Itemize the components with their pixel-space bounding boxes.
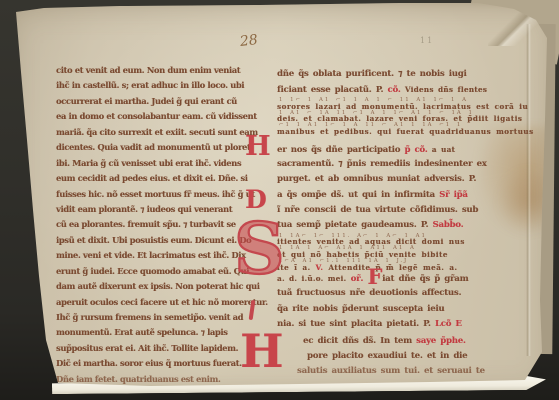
chant-line: 1 1⌐ 1 A1 ⌐1 1 A 1 ⌐ 11 A1 1⌐ 1 A sorore… [277,97,525,110]
text-line: cito et venit ad eum. Non dum enim venia… [56,63,260,78]
text-line: ihc̃ in castellũ. s; erat adhuc in illo … [56,78,260,93]
line-text: salutis auxiliatus sum tui. et seruaui t… [297,366,485,376]
line-text: tua semp̃ pietate gaudeamus. P. [277,220,433,230]
chant-line: 1 1A 1 A⌐ A1A 1 A11 A1 A et qui nõ habet… [277,246,525,259]
text-line: fuisses hic. nõ esset mortuus fr̃ meus. … [56,187,260,202]
chant-line: 1⌐A A1 ⌐1.1 111 1A 1 J.J ite ĩ a. V. Att… [277,258,525,271]
line-text: pore placito exaudiui te. et in die [307,351,467,361]
text-line: pore placito exaudiui te. et in die [277,349,525,364]
text-column-left: cito et venit ad eum. Non dum enim venia… [56,63,260,387]
rubric: cõ. [388,85,405,95]
text-line: sacramentũ. ⁊ p̃nis remediis indesinente… [277,157,525,172]
text-line: a. d. i.ũ.o. mei. or̃. Fiat dñe q̃s p̃ g… [277,271,525,286]
line-text: dñe q̃s oblata purificent. ⁊ te nobis iu… [277,69,467,79]
text-line: dam autẽ dixerunt ex ipsis. Non poterat … [56,279,260,294]
manuscript-leaf: 28 11 cito et venit ad eum. Non dum enim… [0,0,559,400]
versicle-mark: V. [316,263,329,272]
text-line: Ihc̃ g̃ rursum fremens in semetip̃o. ven… [56,310,260,325]
initial-h-hec: H [245,133,271,160]
text-line: tuã fructuosus nr̃e deuotionis affectus. [277,286,525,301]
text-line: ec dicit dñs ds̃. In tem saye p̃phe. [277,334,525,349]
neume-row: 1 1⌐ 1 A1 ⌐1 1 A 1 ⌐ 11 A1 1⌐ 1 A [279,98,468,103]
line-text: a uat [432,145,455,154]
rubric: Sr̃ ip̃ã [439,190,468,200]
text-column-right: dñe q̃s oblata purificent. ⁊ te nobis iu… [277,67,525,380]
text-line: Dic̃ ei martha. soror eius q̃ mortuus fu… [56,356,260,371]
line-text: iat dñe q̃s p̃ gr̃am [382,274,468,284]
neume-row: 1 1A 1 A⌐ A1A 1 A11 A1 A [279,246,416,251]
neume-row: 1 A1 ⌐ 1A 11 ⌐1 A 1 1⌐ A1 1 ⌐ 1A 1 [279,111,474,116]
line-text: manibus et pedibus. qui fuerat quadridua… [277,127,534,136]
ink-smudge [12,276,34,336]
text-line: vidit eam plorantẽ. ⁊ iudeos qui veneran… [56,202,260,217]
text-line: ĩ nr̃e conscii de tua virtute cõfidimus.… [277,203,525,218]
line-text: ĩ nr̃e conscii de tua virtute cõfidimus.… [277,205,478,215]
text-line: ea in domo et consolabantur eam. cũ vidi… [56,109,260,124]
pencil-mark: 11 [420,36,434,45]
rubric: Sabb̃o. [433,220,464,230]
line-text: q̃a rite nobis p̃derunt suscepta ieiu [277,304,444,314]
text-line: sup̃positus erat ei. Ait ihc̃. Tollite l… [56,341,260,356]
folio-number: 28 [239,32,259,50]
text-line: ipsũ et dixit. Ubi posuistis eum. Dicunt… [56,233,260,248]
text-line: salutis auxiliatus sum tui. et seruaui t… [277,364,525,379]
manuscript-photo: 28 11 cito et venit ad eum. Non dum enim… [0,0,559,400]
initial-f: F [367,264,382,289]
chant-line: 1 A1 ⌐ 1A 11 ⌐1 A 1 1⌐ A1 1 ⌐ 1A 1 deis.… [277,110,525,123]
text-line: a q̃s omp̃e ds̃. ut qui in infirmita Sr̃… [277,188,525,203]
text-line: erunt g̃ iudei. Ecce quomodo amabat eũ. … [56,264,260,279]
rubric: saye p̃phe. [416,336,466,346]
line-text: tuã fructuosus nr̃e deuotionis affectus. [277,288,461,298]
line-text: ficiant esse placatũ. P. [277,85,388,95]
line-text: er nos q̃s dñe participatio [277,145,404,155]
rubric: Lcõ E [435,319,462,329]
text-line: dicentes. Quia vadit ad monumentũ ut plo… [56,140,260,155]
text-line: mine. veni et vide. Et lacrimatus est ih… [56,248,260,263]
chant-line: ⌐1 1 A1 1⌐ 1 A 11 ⌐ A1 1 1A ⌐1 1 manibus… [277,123,525,136]
neume-row: ⌐1 1 A1 1⌐ 1 A 11 ⌐ A1 1 1A ⌐1 1 [279,123,462,128]
chant-line: 1 1A⌐ 1⌐ 111. A⌐ 1 A⌐ 1 A1 itientes veni… [277,233,525,246]
text-line: eum cecidit ad pedes eius. et dixit ei. … [56,171,260,186]
text-line: er nos q̃s dñe participatio p̃ cõ. a uat [277,142,525,157]
text-line: cũ ea plorantes. fremuit sp̃u. ⁊ turbavi… [56,217,260,232]
line-text: Attendite p̃ m̃ legẽ meã. a. [328,263,457,272]
line-text: purget. et ab omnibus muniat adversis. P… [277,174,476,184]
line-text: Videns dñs flentes [405,85,487,94]
line-text: a. d. i.ũ.o. mei. [277,274,351,283]
rubric: or̃. [351,274,368,284]
line-text: sacramentũ. ⁊ p̃nis remediis indesinente… [277,159,487,169]
line-text: nia. si tue sint placita pietati. P. [277,319,435,329]
decorated-initial-s: S [234,216,285,283]
text-line: dñe q̃s oblata purificent. ⁊ te nobis iu… [277,67,525,82]
text-line: q̃a rite nobis p̃derunt suscepta ieiu [277,302,525,317]
text-line: ficiant esse placatũ. P. cõ. Videns dñs … [277,82,525,97]
text-line: tua semp̃ pietate gaudeamus. P. Sabb̃o. [277,218,525,233]
text-line: aperuit oculos ceci facere ut et hic nõ … [56,295,260,310]
text-line: monumentũ. Erat autẽ spelunca. ⁊ lapis [56,325,260,340]
neume-row: 1⌐A A1 ⌐1.1 111 1A 1 J.J [279,259,408,264]
text-line: mariã. q̃a cito surrexit et exiit. secut… [56,125,260,140]
text-line: purget. et ab omnibus muniat adversis. P… [277,172,525,187]
text-line: nia. si tue sint placita pietati. P. Lcõ… [277,317,525,332]
neume-row: 1 1A⌐ 1⌐ 111. A⌐ 1 A⌐ 1 A1 [279,234,427,239]
line-text: ec dicit dñs ds̃. In tem [303,336,416,346]
line-text: a q̃s omp̃e ds̃. ut qui in infirmita [277,190,439,200]
text-line: ibi. Maria g̃ cũ venisset ubi erat ihc̃.… [56,156,260,171]
rubric: p̃ cõ. [404,145,431,155]
text-line: occurrerat ei martha. Judei g̃ qui erant… [56,94,260,109]
initial-h-haec: H [240,328,283,374]
